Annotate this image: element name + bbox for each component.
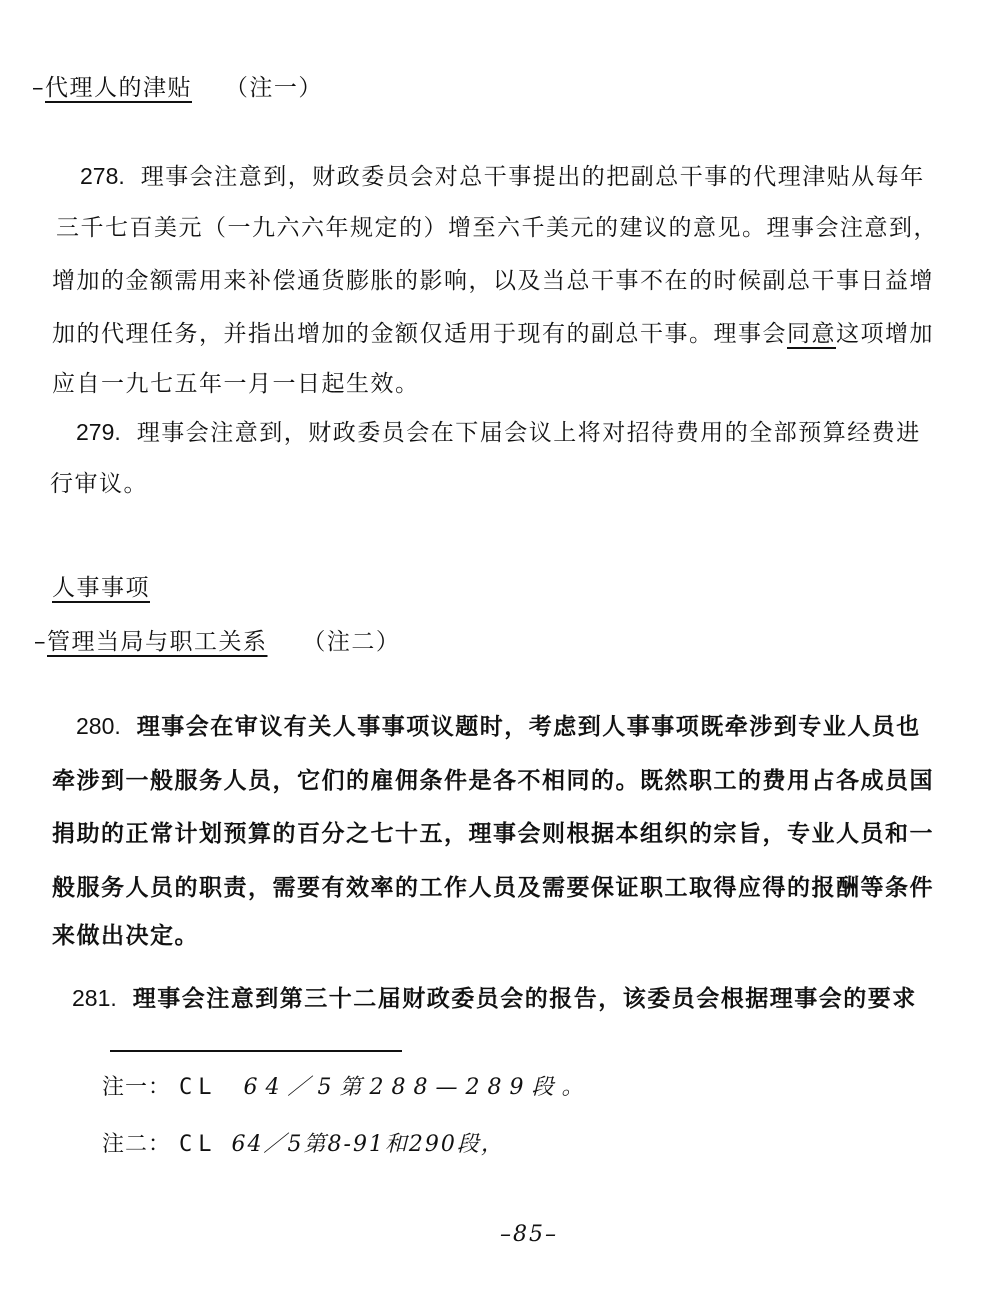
paragraph-line: 280.理事会在审议有关人事事项议题时，考虑到人事事项既牵涉到专业人员也 <box>76 710 921 743</box>
text: 理事会注意到，财政委员会对总干事提出的把副总干事的代理津贴从每年 <box>141 164 925 190</box>
paragraph-line: 281.理事会注意到第三十二届财政委员会的报告，该委员会根据理事会的要求 <box>72 982 917 1015</box>
paragraph-line: 应自一九七五年一月一日起生效。 <box>52 368 420 400</box>
footnote-code: CL <box>179 1075 218 1100</box>
paragraph-line: 般服务人员的职责，需要有效率的工作人员及需要保证职工取得应得的报酬等条件 <box>52 872 934 904</box>
paragraph-number: 279. <box>76 419 121 445</box>
text: 增加的金额需用来补偿通货膨胀的影响，以及当总干事不在的时候副总干事日益增 <box>52 268 934 294</box>
document-page: –代理人的津贴 （注一） 278.理事会注意到，财政委员会对总干事提出的把副总干… <box>0 0 1000 1299</box>
heading-dash: – <box>32 75 45 101</box>
paragraph-line: 行审议。 <box>50 468 148 500</box>
text: 捐助的正常计划预算的百分之七十五，理事会则根据本组织的宗旨，专业人员和一 <box>52 820 934 847</box>
section-heading-personnel: 人事事项 <box>52 572 150 604</box>
footnote-ref: （注一） <box>225 75 323 101</box>
paragraph-line: 捐助的正常计划预算的百分之七十五，理事会则根据本组织的宗旨，专业人员和一 <box>52 818 934 850</box>
heading-title: 人事事项 <box>52 575 150 601</box>
text: 理事会注意到第三十二届财政委员会的报告，该委员会根据理事会的要求 <box>133 985 917 1012</box>
footnote-1: 注一： CL 64／5第288—289段。 <box>102 1073 592 1103</box>
paragraph-number: 281. <box>72 985 117 1011</box>
paragraph-line: 来做出决定。 <box>52 920 199 952</box>
text: 加的代理任务，并指出增加的金额仅适用于现有的副总干事。理事会 <box>52 321 787 347</box>
footnote-reference: 64／5第288—289段。 <box>244 1075 592 1100</box>
paragraph-line: 279.理事会注意到，财政委员会在下届会议上将对招待费用的全部预算经费进 <box>76 416 921 449</box>
text: 牵涉到一般服务人员，它们的雇佣条件是各不相同的。既然职工的费用占各成员国 <box>52 767 934 794</box>
paragraph-line: 三千七百美元（一九六六年规定的）增至六千美元的建议的意见。理事会注意到， <box>56 212 938 244</box>
paragraph-line: 牵涉到一般服务人员，它们的雇佣条件是各不相同的。既然职工的费用占各成员国 <box>52 765 934 797</box>
text: 应自一九七五年一月一日起生效。 <box>52 371 420 397</box>
text: 三千七百美元（一九六六年规定的）增至六千美元的建议的意见。理事会注意到， <box>56 215 938 241</box>
text: 行审议。 <box>50 471 148 497</box>
page-number: –85– <box>500 1222 558 1247</box>
text: 理事会在审议有关人事事项议题时，考虑到人事事项既牵涉到专业人员也 <box>137 713 921 740</box>
footnote-ref: （注二） <box>302 629 400 655</box>
underlined-text: 同意 <box>787 321 836 347</box>
footnote-reference: 64／5第8-91和290段， <box>232 1132 505 1157</box>
paragraph-line: 增加的金额需用来补偿通货膨胀的影响，以及当总干事不在的时候副总干事日益增 <box>52 265 934 297</box>
section-heading-agent-allowance: –代理人的津贴 （注一） <box>32 72 323 104</box>
paragraph-number: 280. <box>76 713 121 739</box>
heading-dash: – <box>34 629 47 655</box>
footnote-code: CL <box>179 1132 218 1157</box>
text: 这项增加 <box>836 321 934 347</box>
footnote-label: 注一： <box>102 1075 171 1100</box>
paragraph-number: 278. <box>80 163 125 189</box>
footnote-2: 注二： CL 64／5第8-91和290段， <box>102 1130 505 1160</box>
text: 理事会注意到，财政委员会在下届会议上将对招待费用的全部预算经费进 <box>137 420 921 446</box>
paragraph-line: 加的代理任务，并指出增加的金额仅适用于现有的副总干事。理事会同意这项增加 <box>52 318 934 350</box>
heading-title: 代理人的津贴 <box>45 75 192 101</box>
paragraph-line: 278.理事会注意到，财政委员会对总干事提出的把副总干事的代理津贴从每年 <box>80 160 925 193</box>
footnote-divider <box>110 1050 402 1052</box>
text: 来做出决定。 <box>52 922 199 949</box>
section-heading-management-staff: –管理当局与职工关系 （注二） <box>34 626 400 658</box>
footnote-label: 注二： <box>102 1132 171 1157</box>
text: 般服务人员的职责，需要有效率的工作人员及需要保证职工取得应得的报酬等条件 <box>52 874 934 901</box>
heading-title: 管理当局与职工关系 <box>47 629 268 655</box>
